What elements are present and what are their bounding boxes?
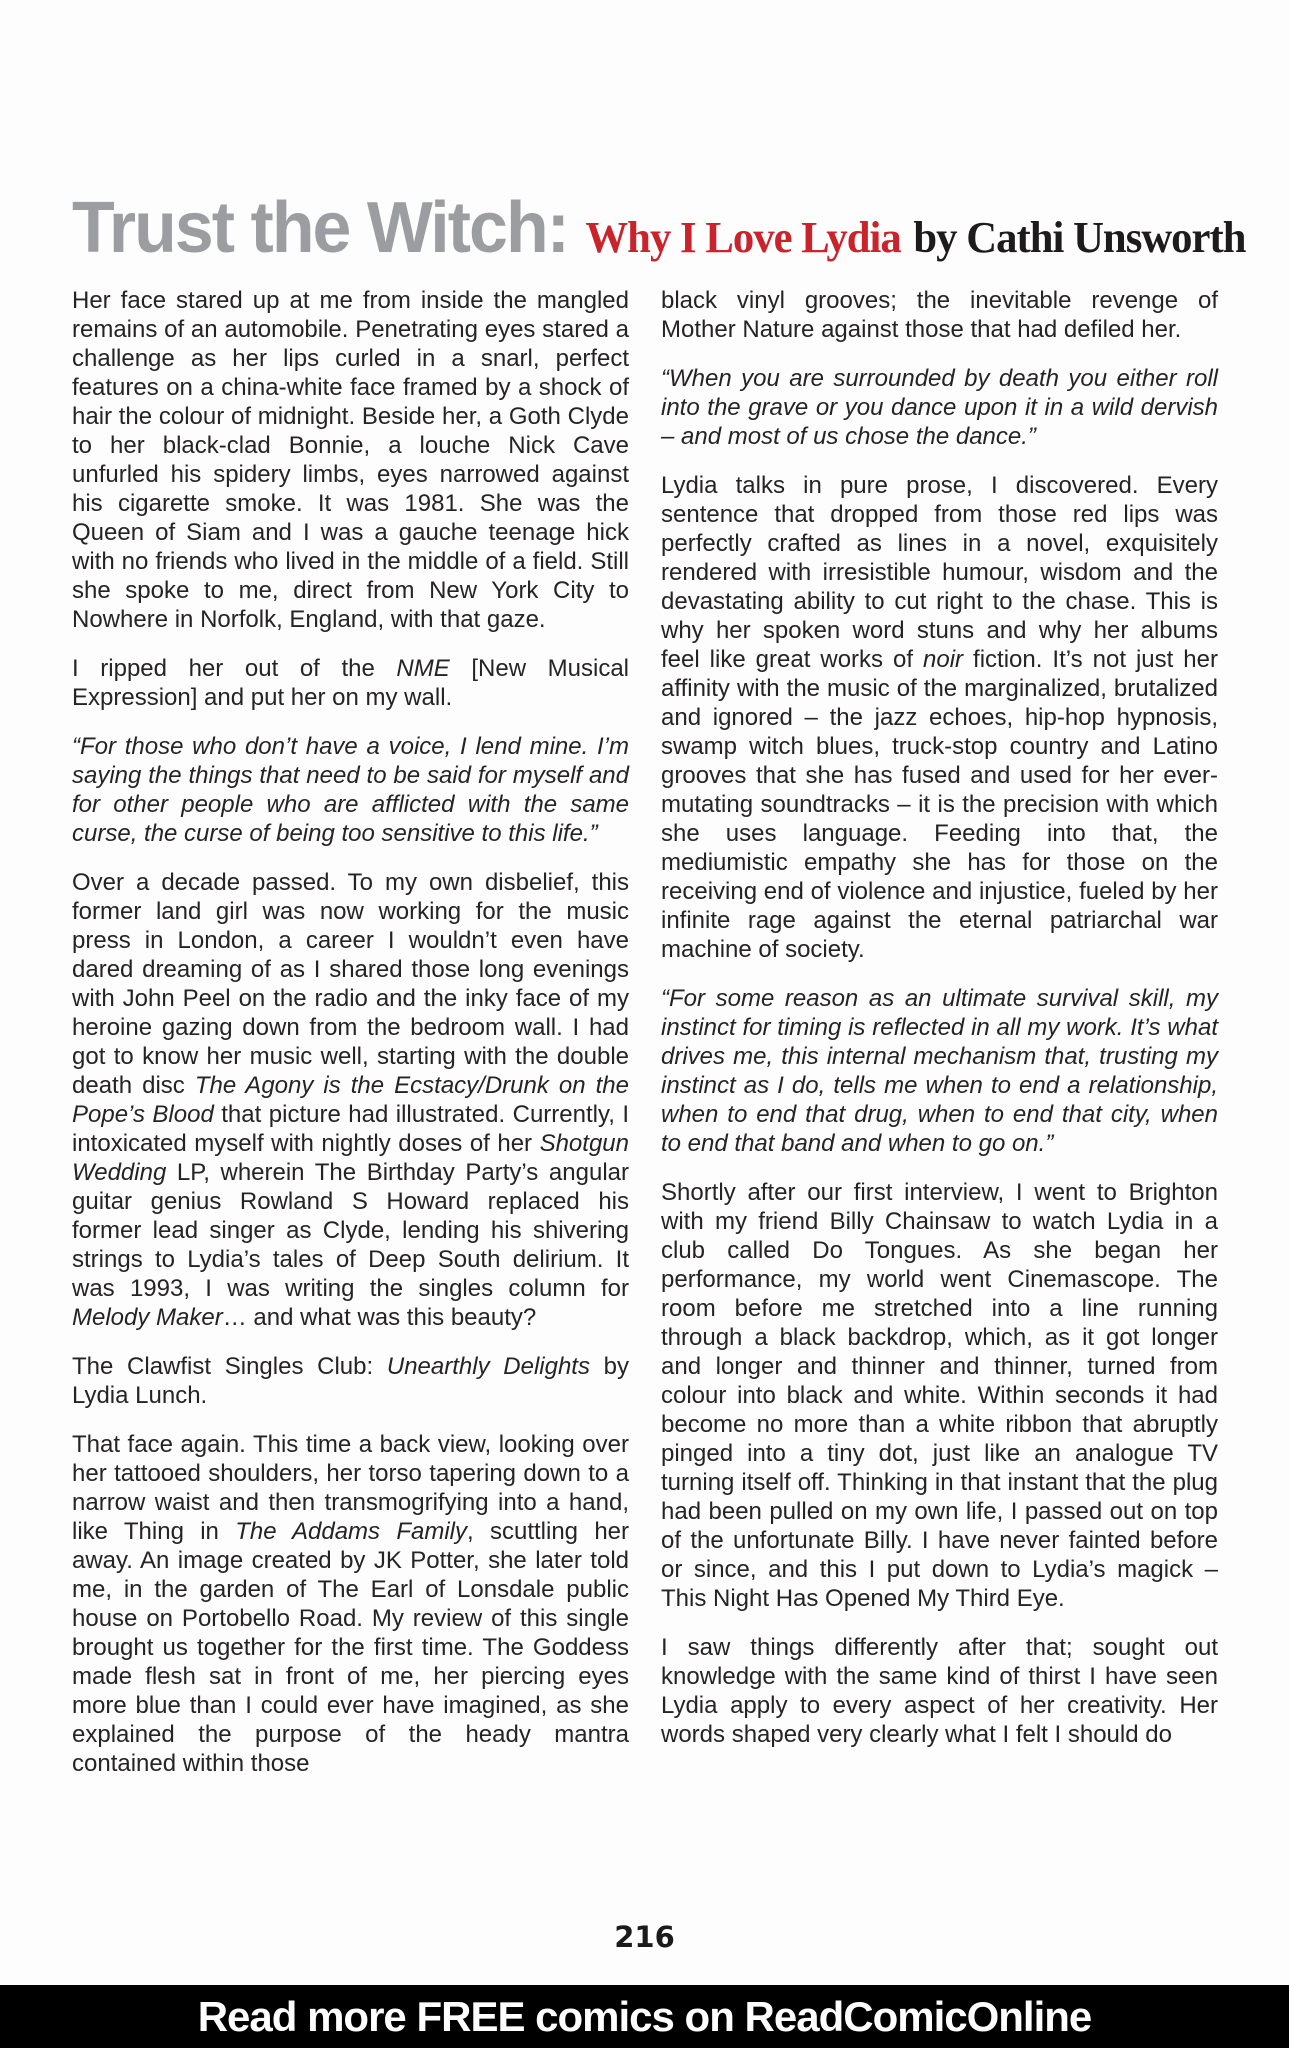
article-subtitle: Why I Love Lydia (585, 216, 900, 260)
text-run: fiction. It’s not just her affinity with… (661, 646, 1218, 963)
text-run: I ripped her out of the (72, 655, 396, 682)
body-paragraph: Shortly after our first interview, I wen… (661, 1178, 1218, 1613)
body-paragraph: black vinyl grooves; the inevitable reve… (661, 286, 1218, 344)
pull-quote-paragraph: “For those who don’t have a voice, I len… (72, 732, 629, 848)
text-run: I saw things differently after that; sou… (661, 1634, 1218, 1748)
body-paragraph: I saw things differently after that; sou… (661, 1633, 1218, 1749)
right-column: black vinyl grooves; the inevitable reve… (661, 286, 1218, 1778)
italic-text-run: “For some reason as an ultimate survival… (661, 985, 1218, 1157)
page-number: 216 (0, 1920, 1289, 1954)
text-run: The Clawfist Singles Club: (72, 1353, 387, 1380)
article-body: Her face stared up at me from inside the… (72, 286, 1218, 1778)
body-paragraph: The Clawfist Singles Club: Unearthly Del… (72, 1352, 629, 1410)
italic-text-run: Melody Maker (72, 1304, 223, 1331)
italic-text-run: The Addams Family (235, 1518, 467, 1545)
text-run: Shortly after our first interview, I wen… (661, 1179, 1218, 1612)
comic-page: Trust the Witch: Why I Love Lydia by Cat… (0, 0, 1289, 2048)
pull-quote-paragraph: “When you are surrounded by death you ei… (661, 364, 1218, 451)
text-run: … and what was this beauty? (223, 1304, 537, 1331)
article-byline: by Cathi Unsworth (913, 216, 1245, 260)
italic-text-run: NME (396, 655, 449, 682)
body-paragraph: Over a decade passed. To my own disbelie… (72, 868, 629, 1332)
text-run: Over a decade passed. To my own disbelie… (72, 869, 629, 1099)
text-run: Lydia talks in pure prose, I discovered.… (661, 472, 1218, 673)
text-run: Her face stared up at me from inside the… (72, 287, 629, 633)
italic-text-run: “When you are surrounded by death you ei… (661, 365, 1218, 450)
body-paragraph: I ripped her out of the NME [New Musical… (72, 654, 629, 712)
text-run: black vinyl grooves; the inevitable reve… (661, 287, 1218, 343)
body-paragraph: That face again. This time a back view, … (72, 1430, 629, 1778)
italic-text-run: “For those who don’t have a voice, I len… (72, 733, 629, 847)
footer-link[interactable]: Read more FREE comics on ReadComicOnline (198, 1993, 1092, 2041)
article-header: Trust the Witch: Why I Love Lydia by Cat… (72, 192, 1246, 264)
left-column: Her face stared up at me from inside the… (72, 286, 629, 1778)
text-run: , scuttling her away. An image created b… (72, 1518, 629, 1777)
body-paragraph: Her face stared up at me from inside the… (72, 286, 629, 634)
italic-text-run: Unearthly Delights (387, 1353, 590, 1380)
body-paragraph: Lydia talks in pure prose, I discovered.… (661, 471, 1218, 964)
article-title: Trust the Witch: (72, 192, 568, 264)
pull-quote-paragraph: “For some reason as an ultimate survival… (661, 984, 1218, 1158)
footer-banner: Read more FREE comics on ReadComicOnline (0, 1985, 1289, 2048)
italic-text-run: noir (923, 646, 963, 673)
